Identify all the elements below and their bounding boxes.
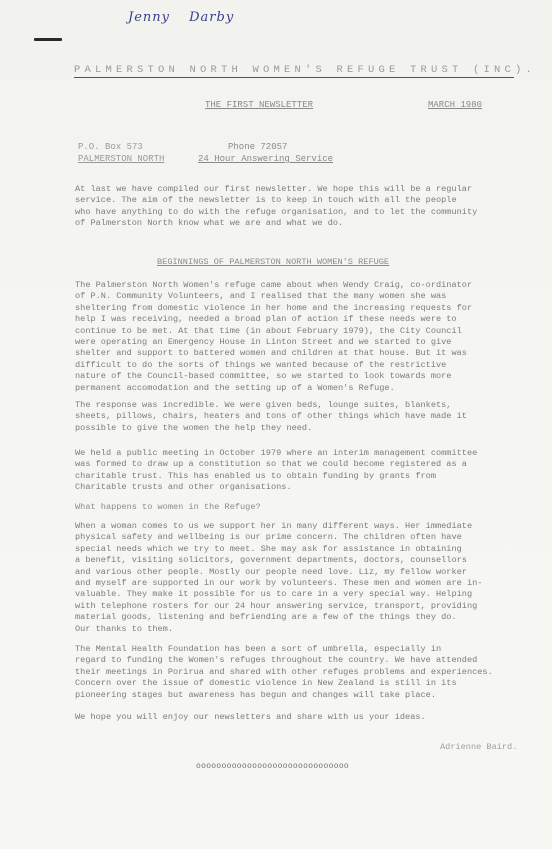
postal-address: P.O. Box 573 PALMERSTON NORTH: [78, 141, 164, 165]
closing-paragraph: We hope you will enjoy our newsletters a…: [75, 712, 535, 723]
address-line-2: PALMERSTON NORTH: [78, 153, 164, 165]
body-paragraph: We held a public meeting in October 1979…: [75, 448, 535, 494]
handwritten-name: Jenny Darby: [128, 10, 234, 25]
divider-dots: oooooooooooooooooooooooooooooo: [196, 762, 349, 771]
phone-info: Phone 72057 24 Hour Answering Service: [198, 141, 333, 165]
newsletter-title: THE FIRST NEWSLETTER: [205, 100, 313, 110]
scanned-page: Jenny Darby PALMERSTON NORTH WOMEN'S REF…: [0, 0, 552, 849]
section-heading: BEGINNINGS OF PALMERSTON NORTH WOMEN'S R…: [157, 257, 389, 267]
address-line-1: P.O. Box 573: [78, 141, 164, 153]
phone-number: Phone 72057: [198, 141, 333, 153]
signature: Adrienne Baird.: [440, 742, 517, 752]
margin-mark: [34, 38, 62, 41]
body-paragraph: The Palmerston North Women's refuge came…: [75, 280, 535, 394]
body-paragraph: The response was incredible. We were giv…: [75, 400, 535, 434]
answering-service: 24 Hour Answering Service: [198, 153, 333, 165]
section-question: What happens to women in the Refuge?: [75, 502, 261, 512]
organisation-title: PALMERSTON NORTH WOMEN'S REFUGE TRUST (I…: [74, 64, 514, 78]
newsletter-date: MARCH 1980: [428, 100, 482, 110]
intro-paragraph: At last we have compiled our first newsl…: [75, 184, 535, 230]
body-paragraph: When a woman comes to us we support her …: [75, 521, 535, 635]
body-paragraph: The Mental Health Foundation has been a …: [75, 644, 535, 701]
